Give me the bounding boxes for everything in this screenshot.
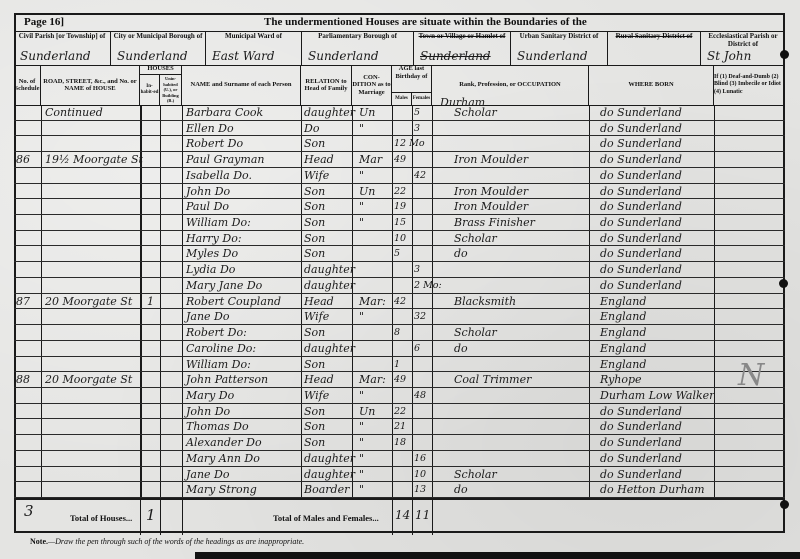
male-age: 1 (394, 357, 400, 373)
male-age: 19 (394, 199, 406, 215)
relation: daughter (304, 467, 355, 483)
occupation: Iron Moulder (454, 184, 528, 200)
urban-sanitary-value: Sunderland (517, 49, 588, 63)
ink-blot (780, 50, 789, 59)
totals-row: 3 Total of Houses... 1 Total of Males an… (14, 498, 785, 535)
person-name: Mary Strong (186, 482, 257, 498)
margin-check-mark: N (738, 358, 764, 393)
birthplace: do Sunderland (600, 184, 682, 200)
birthplace: do Sunderland (600, 404, 682, 420)
male-age: 5 (394, 246, 400, 262)
occupation: Brass Finisher (454, 215, 535, 231)
male-age: 42 (394, 294, 406, 310)
relation: Head (304, 152, 334, 168)
person-name: William Do: (186, 215, 251, 231)
relation: Son (304, 136, 325, 152)
address: Continued (45, 105, 103, 121)
rural-sanitary-cell: Rural Sanitary District of (608, 31, 701, 65)
birthplace: do Sunderland (600, 215, 682, 231)
municipal-borough-cell: City or Municipal Borough of Sunderland (111, 31, 206, 65)
inhabited-count: 1 (147, 294, 154, 310)
municipal-borough-label: City or Municipal Borough of (111, 31, 205, 40)
table-row: John DoSonUn22do Sunderland (14, 404, 785, 420)
person-name: John Do (186, 184, 230, 200)
schedule-number: 86 (16, 152, 30, 168)
houses-total-count: 3 (24, 502, 34, 520)
col-name: NAME and Surname of each Person (182, 65, 301, 105)
marital-condition: " (359, 388, 364, 404)
address: 20 Moorgate St (45, 372, 132, 388)
table-row: ContinuedBarbara CookdaughterUn5Scholard… (14, 105, 785, 121)
occupation: do (454, 341, 468, 357)
birthplace: do Sunderland (600, 105, 682, 121)
marital-condition: Mar: (359, 372, 386, 388)
female-age: 10 (414, 467, 426, 483)
birthplace: do Sunderland (600, 231, 682, 247)
relation: Son (304, 357, 325, 373)
birthplace: do Sunderland (600, 451, 682, 467)
ink-blot (779, 279, 788, 288)
person-name: Paul Grayman (186, 152, 264, 168)
relation: Wife (304, 168, 329, 184)
females-total: 11 (415, 508, 430, 522)
person-name: Mary Ann Do (186, 451, 260, 467)
table-row: Thomas DoSon"21do Sunderland (14, 419, 785, 435)
town-village-value: Sunderland (420, 49, 491, 63)
person-name: Paul Do (186, 199, 229, 215)
relation: Son (304, 246, 325, 262)
marital-condition: Un (359, 105, 375, 121)
male-age: 22 (394, 184, 406, 200)
table-row: 8619½ Moorgate StPaul GraymanHeadMar49Ir… (14, 152, 785, 168)
male-age: 18 (394, 435, 406, 451)
address: 19½ Moorgate St (45, 152, 143, 168)
table-row: Alexander DoSon"18do Sunderland (14, 435, 785, 451)
birthplace: Ryhope (600, 372, 642, 388)
female-age: 48 (414, 388, 426, 404)
birthplace: do Sunderland (600, 467, 682, 483)
relation: daughter (304, 105, 355, 121)
birthplace: do Sunderland (600, 121, 682, 137)
person-name: Ellen Do (186, 121, 234, 137)
occupation: do (454, 246, 468, 262)
birthplace: England (600, 309, 646, 325)
birthplace: do Sunderland (600, 262, 682, 278)
schedule-number: 88 (16, 372, 30, 388)
col-relation: RELATION to Head of Family (301, 65, 352, 105)
marital-condition: " (359, 451, 364, 467)
female-age: 16 (414, 451, 426, 467)
census-table: ContinuedBarbara CookdaughterUn5Scholard… (14, 105, 785, 498)
relation: Son (304, 199, 325, 215)
ecclesiastical-parish-label: Ecclesiastical Parish or District of (701, 31, 785, 48)
person-name: Robert Coupland (186, 294, 281, 310)
col-where-born: WHERE BORN (589, 65, 714, 105)
birthplace: do Sunderland (600, 199, 682, 215)
occupation: Coal Trimmer (454, 372, 531, 388)
marital-condition: Un (359, 184, 375, 200)
table-row: Mary Jane Dodaughter2 Mo:do Sunderland (14, 278, 785, 294)
occupation: Scholar (454, 467, 497, 483)
table-row: Paul DoSon"19Iron Moulderdo Sunderland (14, 199, 785, 215)
person-name: Thomas Do (186, 419, 249, 435)
municipal-borough-value: Sunderland (117, 49, 188, 63)
col-males: Males (392, 93, 412, 105)
relation: Son (304, 404, 325, 420)
birthplace: do Sunderland (600, 152, 682, 168)
person-name: Alexander Do (186, 435, 262, 451)
person-name: William Do: (186, 357, 251, 373)
relation: daughter (304, 451, 355, 467)
marital-condition: " (359, 215, 364, 231)
birthplace: do Sunderland (600, 278, 682, 294)
person-name: John Do (186, 404, 230, 420)
parliamentary-borough-label: Parliamentary Borough of (302, 31, 413, 40)
relation: Wife (304, 388, 329, 404)
birthplace: England (600, 294, 646, 310)
civil-parish-cell: Civil Parish [or Township] of Sunderland (14, 31, 111, 65)
birthplace: do Sunderland (600, 435, 682, 451)
birthplace: England (600, 341, 646, 357)
relation: Son (304, 435, 325, 451)
table-row: 8720 Moorgate St1Robert CouplandHeadMar:… (14, 294, 785, 310)
col-age: AGE last Birthday of (392, 65, 432, 93)
person-name: Myles Do (186, 246, 238, 262)
occupation: Blacksmith (454, 294, 516, 310)
person-name: Harry Do: (186, 231, 242, 247)
female-age: 13 (414, 482, 426, 498)
person-name: Isabella Do. (186, 168, 252, 184)
birthplace: do Hetton Durham (600, 482, 705, 498)
birthplace: England (600, 325, 646, 341)
relation: Boarder (304, 482, 349, 498)
page-title: The undermentioned Houses are situate wi… (264, 16, 587, 28)
marital-condition: " (359, 168, 364, 184)
birthplace: do Sunderland (600, 168, 682, 184)
occupation: do (454, 482, 468, 498)
scan-edge (195, 552, 800, 559)
marital-condition: " (359, 467, 364, 483)
col-uninhabited: Unin-habited (U.), or Building (B.) (160, 75, 182, 105)
male-age: 8 (394, 325, 400, 341)
relation: Son (304, 325, 325, 341)
page-number: Page 16] (24, 16, 64, 28)
municipal-ward-label: Municipal Ward of (206, 31, 301, 40)
ecclesiastical-parish-cell: Ecclesiastical Parish or District of St … (701, 31, 785, 65)
occupation: Iron Moulder (454, 199, 528, 215)
marital-condition: Un (359, 404, 375, 420)
birthplace: do Sunderland (600, 419, 682, 435)
birthplace: do Sunderland (600, 246, 682, 262)
table-row: Jane DoWife"32England (14, 309, 785, 325)
female-age: 6 (414, 341, 420, 357)
table-row: Jane Dodaughter"10Scholardo Sunderland (14, 467, 785, 483)
table-row: Robert DoSon12 Modo Sunderland (14, 136, 785, 152)
birthplace: Durham Low Walker (600, 388, 714, 404)
table-row: Mary DoWife"48Durham Low Walker (14, 388, 785, 404)
person-name: Robert Do (186, 136, 243, 152)
col-females: Females (412, 93, 432, 105)
table-row: Myles DoSon5dodo Sunderland (14, 246, 785, 262)
occupation: Scholar (454, 231, 497, 247)
table-row: William Do:Son"15Brass Finisherdo Sunder… (14, 215, 785, 231)
relation: daughter (304, 278, 355, 294)
col-schedule: No. of Schedule (14, 65, 41, 105)
marital-condition: " (359, 419, 364, 435)
relation: Son (304, 231, 325, 247)
rural-sanitary-label: Rural Sanitary District of (608, 31, 700, 40)
marital-condition: " (359, 199, 364, 215)
birthplace: do Sunderland (600, 136, 682, 152)
col-infirmity: If (1) Deaf-and-Dumb (2) Blind (3) Imbec… (714, 65, 785, 105)
urban-sanitary-label: Urban Sanitary District of (511, 31, 607, 40)
female-age: 32 (414, 309, 426, 325)
schedule-number: 87 (16, 294, 30, 310)
marital-condition: " (359, 121, 364, 137)
col-address: ROAD, STREET, &c., and No. or NAME of HO… (41, 65, 140, 105)
female-age: 5 (414, 105, 420, 121)
occupation: Iron Moulder (454, 152, 528, 168)
persons-total-label: Total of Males and Females... (273, 513, 379, 523)
males-total: 14 (395, 508, 410, 522)
note-label: Note. (30, 537, 48, 546)
table-row: Mary Ann Dodaughter"16do Sunderland (14, 451, 785, 467)
note-text: —Draw the pen through such of the words … (48, 537, 304, 546)
relation: Son (304, 419, 325, 435)
footer-note: Note.—Draw the pen through such of the w… (30, 537, 304, 546)
table-row: William Do:Son1England (14, 357, 785, 373)
male-age: 10 (394, 231, 406, 247)
col-inhabited: In-habit-ed (140, 75, 160, 105)
female-age: 3 (414, 121, 420, 137)
marital-condition: " (359, 435, 364, 451)
table-row: Harry Do:Son10Scholardo Sunderland (14, 231, 785, 247)
col-houses: HOUSES (140, 65, 182, 75)
table-row: John DoSonUn22Iron Moulderdo Sunderland (14, 184, 785, 200)
municipal-ward-cell: Municipal Ward of East Ward (206, 31, 302, 65)
urban-sanitary-cell: Urban Sanitary District of Sunderland (511, 31, 608, 65)
table-row: Lydia Dodaughter3do Sunderland (14, 262, 785, 278)
male-age: 49 (394, 152, 406, 168)
male-age: 12 Mo (394, 136, 425, 152)
relation: Head (304, 372, 334, 388)
person-name: Mary Jane Do (186, 278, 262, 294)
houses-total-label: Total of Houses... (70, 513, 132, 523)
person-name: Lydia Do (186, 262, 235, 278)
person-name: Robert Do: (186, 325, 247, 341)
table-row: 8820 Moorgate StJohn PattersonHeadMar:49… (14, 372, 785, 388)
table-row: Ellen DoDo"3do Sunderland (14, 121, 785, 137)
marital-condition: " (359, 482, 364, 498)
municipal-ward-value: East Ward (212, 49, 275, 63)
parliamentary-borough-cell: Parliamentary Borough of Sunderland (302, 31, 414, 65)
marital-condition: Mar: (359, 294, 386, 310)
table-row: Robert Do:Son8ScholarEngland (14, 325, 785, 341)
person-name: John Patterson (186, 372, 268, 388)
parliamentary-borough-value: Sunderland (308, 49, 379, 63)
col-condition: CON-DITION as to Marriage (352, 65, 392, 105)
birthplace: England (600, 357, 646, 373)
relation: Son (304, 215, 325, 231)
marital-condition: Mar (359, 152, 382, 168)
male-age: 15 (394, 215, 406, 231)
table-row: Caroline Do:daughter6doEngland (14, 341, 785, 357)
relation: daughter (304, 262, 355, 278)
column-headers: No. of Schedule ROAD, STREET, &c., and N… (14, 65, 785, 106)
address: 20 Moorgate St (45, 294, 132, 310)
person-name: Caroline Do: (186, 341, 256, 357)
male-age: 22 (394, 404, 406, 420)
jurisdiction-row: Civil Parish [or Township] of Sunderland… (14, 31, 785, 66)
town-village-cell: Town or Village or Hamlet of Sunderland (414, 31, 511, 65)
town-village-label: Town or Village or Hamlet of (414, 31, 510, 40)
male-age: 21 (394, 419, 406, 435)
durham-annotation: Durham (440, 96, 485, 109)
relation: daughter (304, 341, 355, 357)
relation: Son (304, 184, 325, 200)
page-header: Page 16] The undermentioned Houses are s… (14, 13, 785, 32)
civil-parish-value: Sunderland (20, 49, 91, 63)
relation: Head (304, 294, 334, 310)
occupation: Scholar (454, 325, 497, 341)
person-name: Jane Do (186, 467, 230, 483)
census-page: Page 16] The undermentioned Houses are s… (0, 0, 800, 559)
person-name: Jane Do (186, 309, 230, 325)
person-name: Barbara Cook (186, 105, 263, 121)
female-age: 42 (414, 168, 426, 184)
female-age: 2 Mo: (414, 278, 442, 294)
relation: Do (304, 121, 319, 137)
female-age: 3 (414, 262, 420, 278)
marital-condition: " (359, 309, 364, 325)
ecclesiastical-parish-value: St John (707, 49, 751, 63)
male-age: 49 (394, 372, 406, 388)
table-row: Mary StrongBoarder"13dodo Hetton Durham (14, 482, 785, 498)
houses-inhabited-total: 1 (146, 506, 156, 524)
civil-parish-label: Civil Parish [or Township] of (14, 31, 110, 40)
person-name: Mary Do (186, 388, 234, 404)
relation: Wife (304, 309, 329, 325)
table-row: Isabella Do.Wife"42do Sunderland (14, 168, 785, 184)
